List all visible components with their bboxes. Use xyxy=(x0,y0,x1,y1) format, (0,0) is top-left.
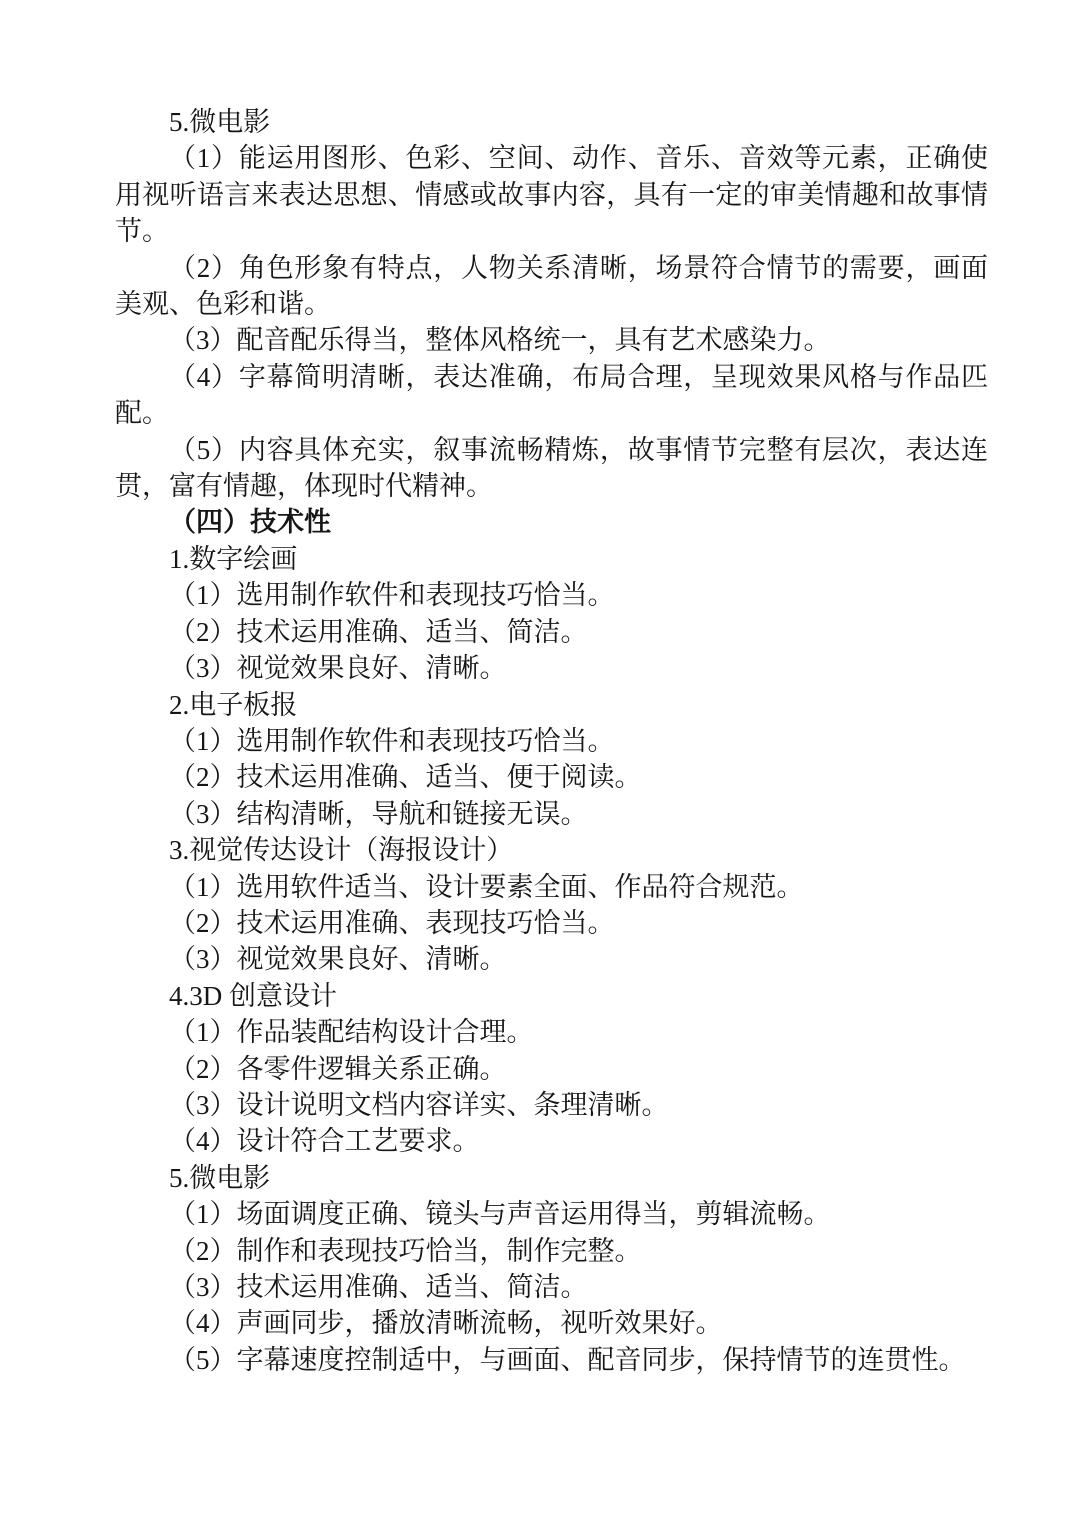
criterion-item: （3）视觉效果良好、清晰。 xyxy=(115,650,988,686)
criterion-item: （5）内容具体充实，叙事流畅精炼，故事情节完整有层次，表达连贯，富有情趣，体现时… xyxy=(115,432,988,505)
document-page: 5.微电影 （1）能运用图形、色彩、空间、动作、音乐、音效等元素，正确使用视听语… xyxy=(0,0,1080,1528)
criterion-item: （5）字幕速度控制适中，与画面、配音同步，保持情节的连贯性。 xyxy=(115,1342,988,1378)
item-title-visual-design: 3.视觉传达设计（海报设计） xyxy=(115,832,988,868)
criterion-item: （2）角色形象有特点，人物关系清晰，场景符合情节的需要，画面美观、色彩和谐。 xyxy=(115,250,988,323)
item-title-3d-design: 4.3D 创意设计 xyxy=(115,978,988,1014)
item-title-digital-painting: 1.数字绘画 xyxy=(115,541,988,577)
item-title-e-board: 2.电子板报 xyxy=(115,687,988,723)
criterion-item: （2）各零件逻辑关系正确。 xyxy=(115,1051,988,1087)
criterion-item: （3）设计说明文档内容详实、条理清晰。 xyxy=(115,1087,988,1123)
criterion-item: （3）视觉效果良好、清晰。 xyxy=(115,941,988,977)
criterion-item: （4）字幕简明清晰，表达准确，布局合理，呈现效果风格与作品匹配。 xyxy=(115,359,988,432)
criterion-item: （4）设计符合工艺要求。 xyxy=(115,1123,988,1159)
criterion-item: （2）技术运用准确、适当、简洁。 xyxy=(115,614,988,650)
criterion-item: （3）配音配乐得当，整体风格统一，具有艺术感染力。 xyxy=(115,322,988,358)
criterion-item: （1）场面调度正确、镜头与声音运用得当，剪辑流畅。 xyxy=(115,1196,988,1232)
criterion-item: （3）技术运用准确、适当、简洁。 xyxy=(115,1269,988,1305)
criterion-item: （1）选用制作软件和表现技巧恰当。 xyxy=(115,577,988,613)
item-title-micro-film: 5.微电影 xyxy=(115,104,988,140)
criterion-item: （3）结构清晰，导航和链接无误。 xyxy=(115,796,988,832)
criterion-item: （1）选用制作软件和表现技巧恰当。 xyxy=(115,723,988,759)
criterion-item: （4）声画同步，播放清晰流畅，视听效果好。 xyxy=(115,1305,988,1341)
document-body: 5.微电影 （1）能运用图形、色彩、空间、动作、音乐、音效等元素，正确使用视听语… xyxy=(115,104,988,1378)
criterion-item: （2）制作和表现技巧恰当，制作完整。 xyxy=(115,1233,988,1269)
section-heading-technical: （四）技术性 xyxy=(115,504,988,540)
criterion-item: （1）作品装配结构设计合理。 xyxy=(115,1014,988,1050)
criterion-item: （1）能运用图形、色彩、空间、动作、音乐、音效等元素，正确使用视听语言来表达思想… xyxy=(115,140,988,249)
criterion-item: （2）技术运用准确、适当、便于阅读。 xyxy=(115,759,988,795)
criterion-item: （2）技术运用准确、表现技巧恰当。 xyxy=(115,905,988,941)
criterion-item: （1）选用软件适当、设计要素全面、作品符合规范。 xyxy=(115,869,988,905)
item-title-micro-film-2: 5.微电影 xyxy=(115,1160,988,1196)
